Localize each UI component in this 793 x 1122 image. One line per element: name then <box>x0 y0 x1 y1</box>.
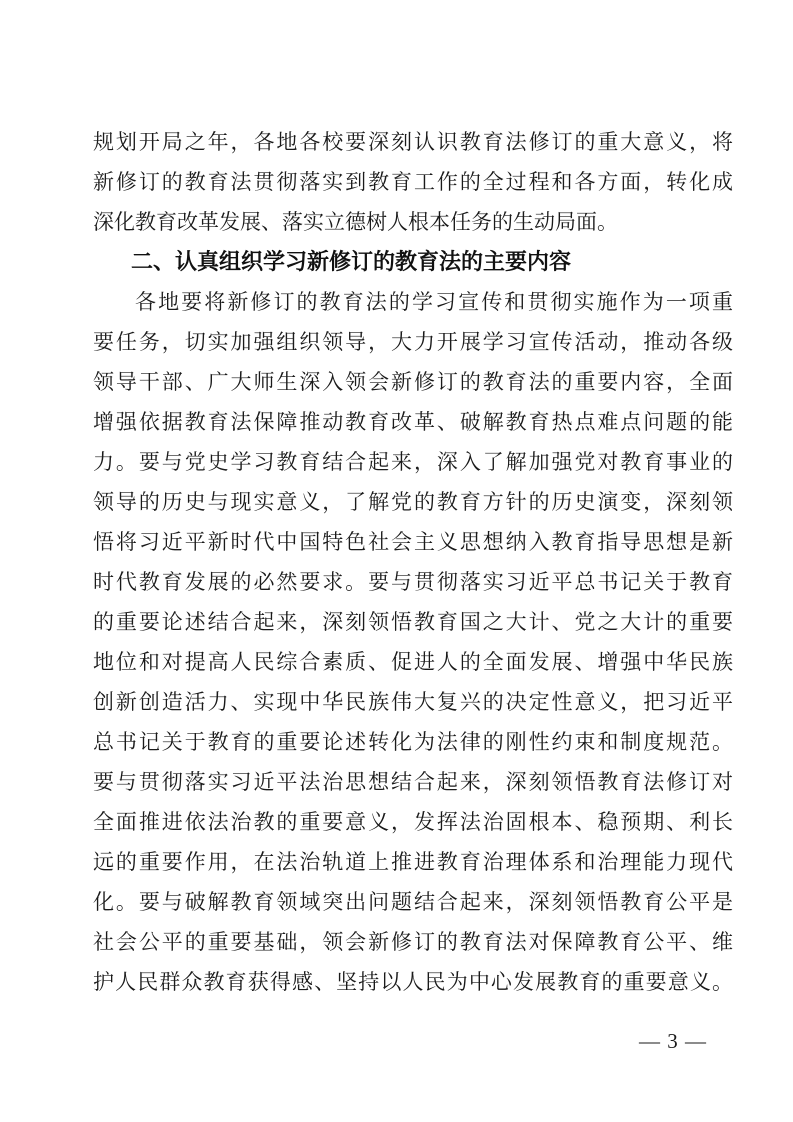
text-line: 领导的历史与现实意义，了解党的教育方针的历史演变，深刻领 <box>93 482 733 522</box>
text-line: 要任务，切实加强组织领导，大力开展学习宣传活动，推动各级 <box>93 322 733 362</box>
text-line: 深化教育改革发展、落实立德树人根本任务的生动局面。 <box>93 202 733 242</box>
text-line: 化。要与破解教育领域突出问题结合起来，深刻领悟教育公平是 <box>93 882 733 922</box>
text-line: 创新创造活力、实现中华民族伟大复兴的决定性意义，把习近平 <box>93 682 733 722</box>
text-line: 领导干部、广大师生深入领会新修订的教育法的重要内容，全面 <box>93 362 733 402</box>
document-page: 规划开局之年，各地各校要深刻认识教育法修订的重大意义，将新修订的教育法贯彻落实到… <box>0 0 793 1122</box>
text-line: 地位和对提高人民综合素质、促进人的全面发展、增强中华民族 <box>93 642 733 682</box>
text-line: 总书记关于教育的重要论述转化为法律的刚性约束和制度规范。 <box>93 722 733 762</box>
text-line: 新修订的教育法贯彻落实到教育工作的全过程和各方面，转化成 <box>93 162 733 202</box>
text-line: 增强依据教育法保障推动教育改革、破解教育热点难点问题的能 <box>93 402 733 442</box>
text-line: 规划开局之年，各地各校要深刻认识教育法修订的重大意义，将 <box>93 122 733 162</box>
text-line: 悟将习近平新时代中国特色社会主义思想纳入教育指导思想是新 <box>93 522 733 562</box>
text-line: 时代教育发展的必然要求。要与贯彻落实习近平总书记关于教育 <box>93 562 733 602</box>
text-line: 要与贯彻落实习近平法治思想结合起来，深刻领悟教育法修订对 <box>93 762 733 802</box>
text-line: 各地要将新修订的教育法的学习宣传和贯彻实施作为一项重 <box>93 282 733 322</box>
section-heading: 二、认真组织学习新修订的教育法的主要内容 <box>93 242 733 282</box>
text-line: 远的重要作用，在法治轨道上推进教育治理体系和治理能力现代 <box>93 842 733 882</box>
text-line: 社会公平的重要基础，领会新修订的教育法对保障教育公平、维 <box>93 922 733 962</box>
text-line: 力。要与党史学习教育结合起来，深入了解加强党对教育事业的 <box>93 442 733 482</box>
text-line: 全面推进依法治教的重要意义，发挥法治固根本、稳预期、利长 <box>93 802 733 842</box>
page-number: — 3 — <box>639 1028 707 1054</box>
text-line: 的重要论述结合起来，深刻领悟教育国之大计、党之大计的重要 <box>93 602 733 642</box>
document-body: 规划开局之年，各地各校要深刻认识教育法修订的重大意义，将新修订的教育法贯彻落实到… <box>93 122 733 1002</box>
text-line: 护人民群众教育获得感、坚持以人民为中心发展教育的重要意义。 <box>93 962 733 1002</box>
